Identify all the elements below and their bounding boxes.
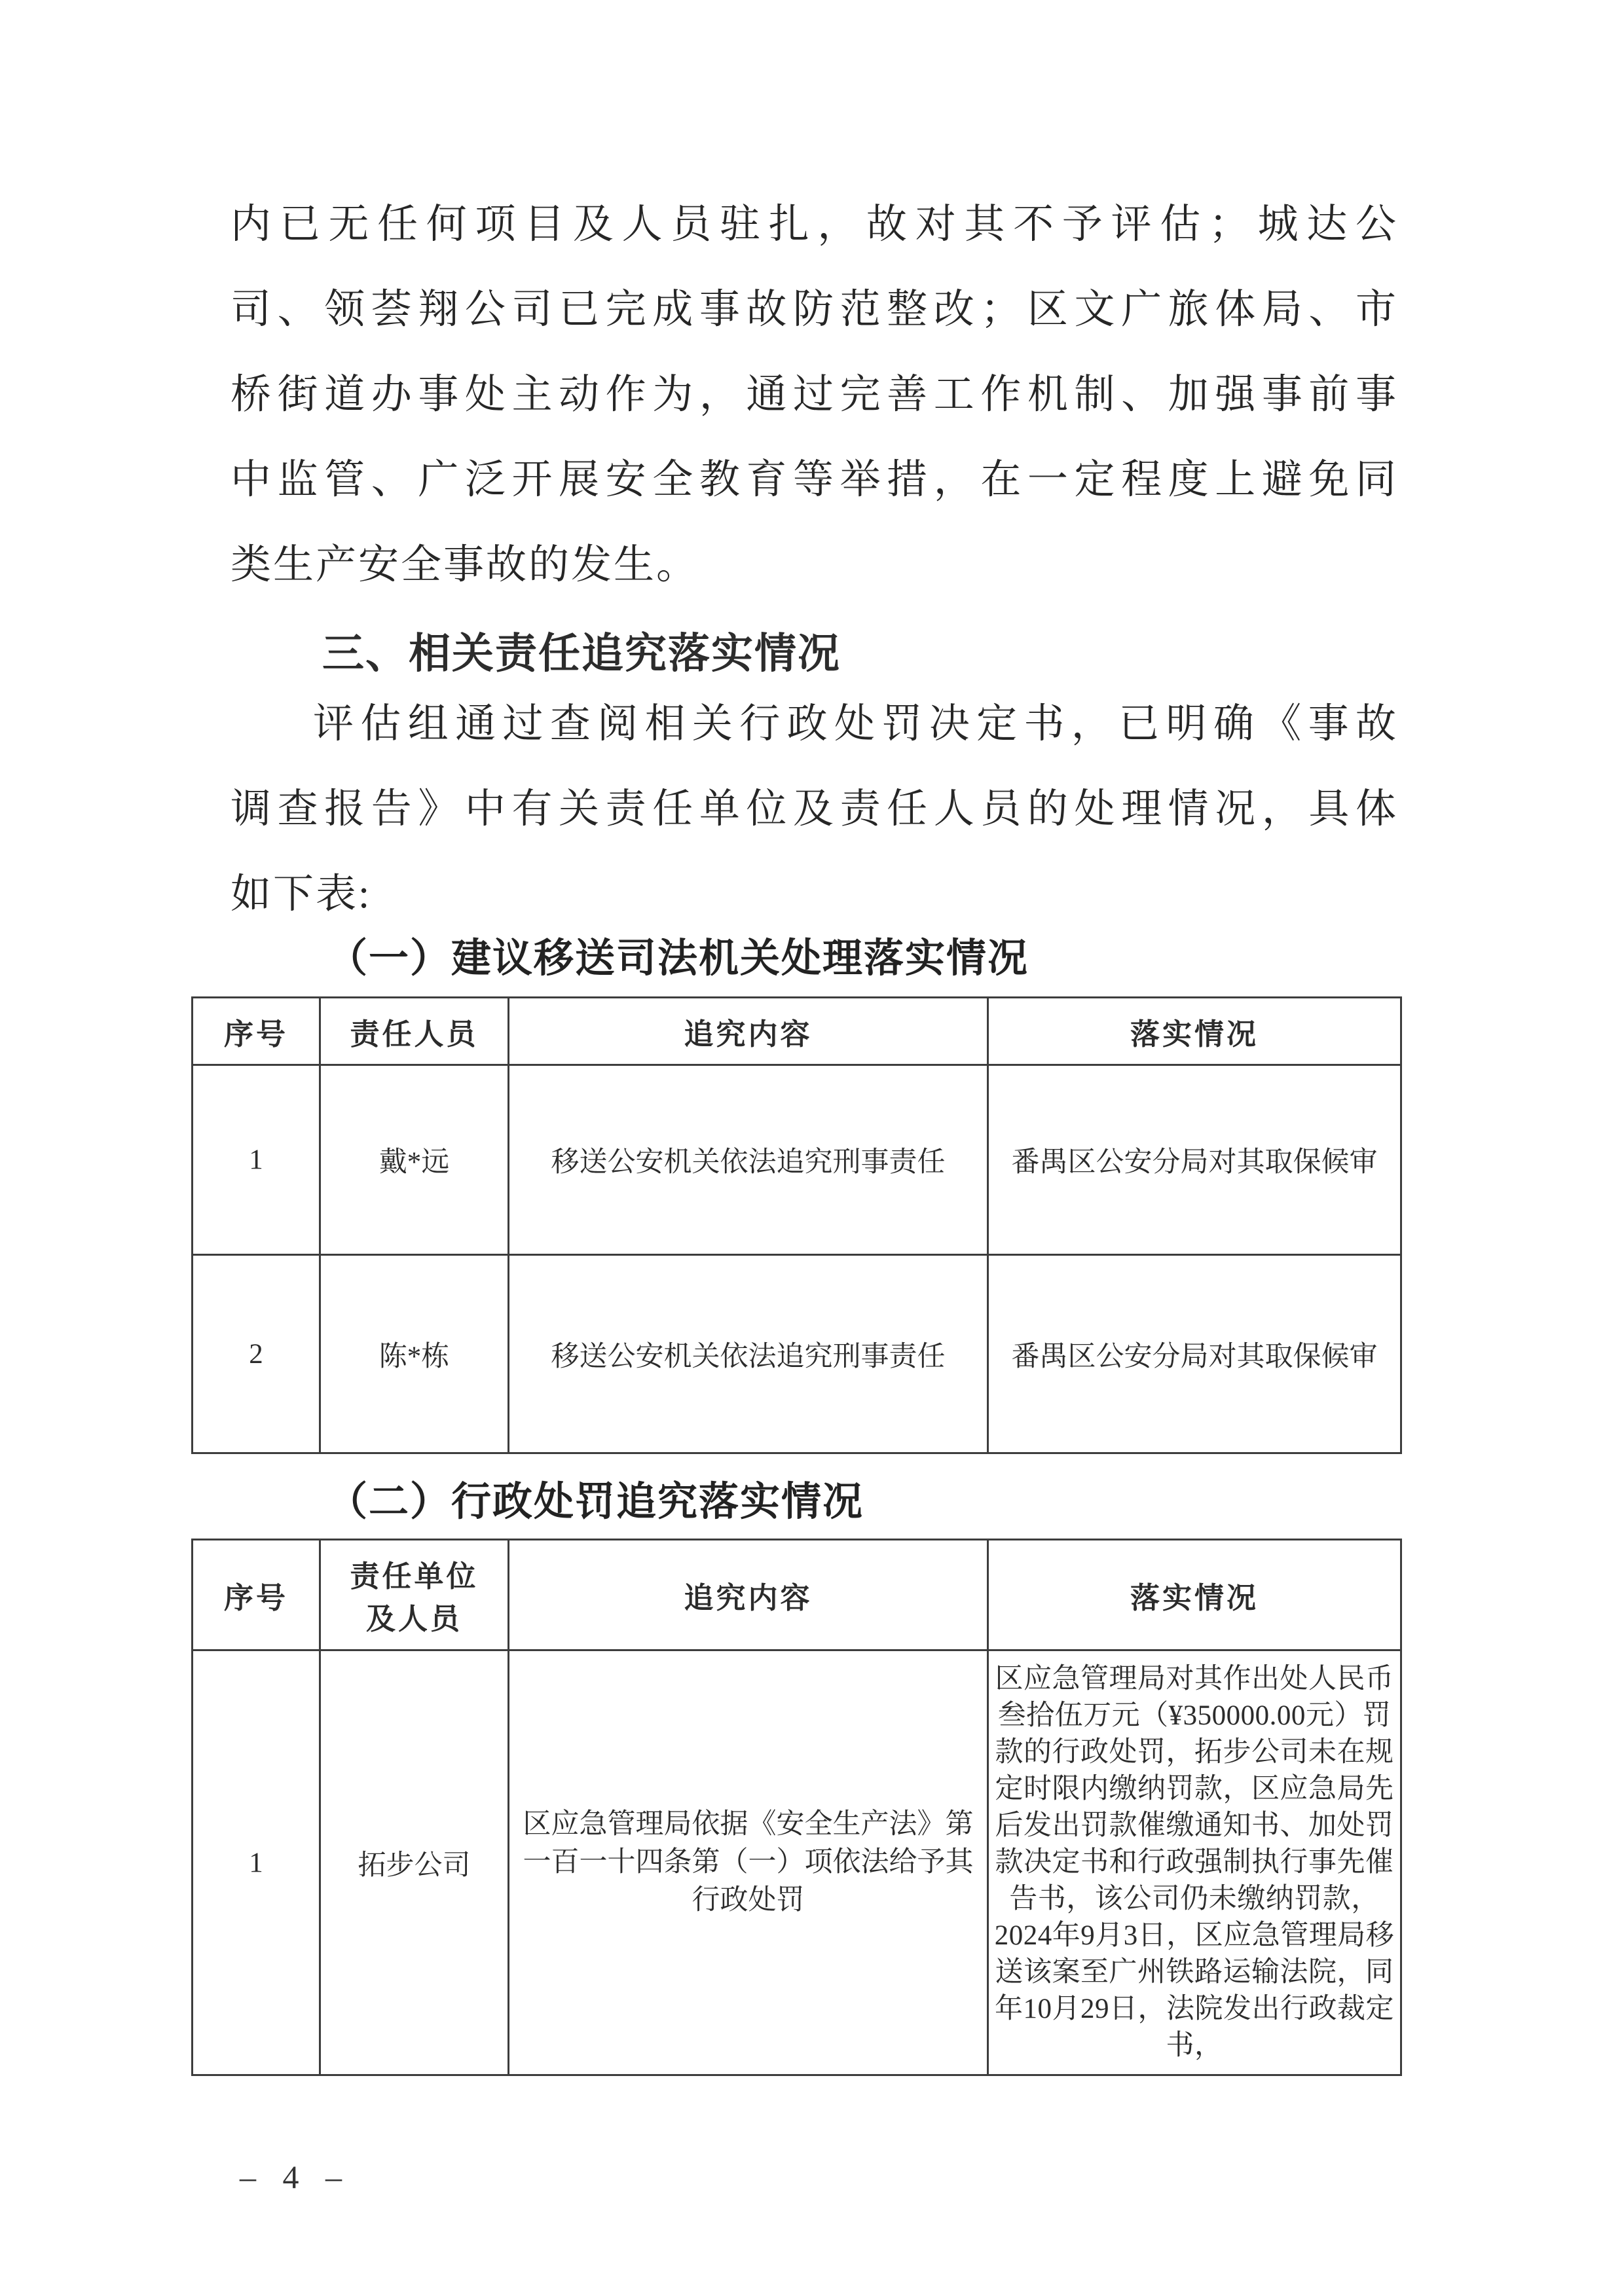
document-page: 内已无任何项目及人员驻扎，故对其不予评估；城达公 司、领荟翔公司已完成事故防范整… <box>0 0 1624 2296</box>
cell-unit: 拓步公司 <box>320 1650 509 2075</box>
subsection-2-heading: （二）行政处罚追究落实情况 <box>327 1478 864 1527</box>
paragraph-line: 内已无任何项目及人员驻扎，故对其不予评估；城达公 <box>231 182 1396 267</box>
paragraph-line: 司、领荟翔公司已完成事故防范整改；区文广旅体局、市 <box>231 267 1396 352</box>
cell-content: 移送公安机关依法追究刑事责任 <box>509 1255 988 1453</box>
header-seq: 序号 <box>193 1540 320 1650</box>
cell-seq: 2 <box>193 1255 320 1453</box>
cell-seq: 1 <box>193 1065 320 1255</box>
paragraph-conclusion: 内已无任何项目及人员驻扎，故对其不予评估；城达公 司、领荟翔公司已完成事故防范整… <box>231 182 1396 608</box>
table-judicial-transfer: 序号 责任人员 追究内容 落实情况 1 戴*远 移送公安机关依法追究刑事责任 番… <box>191 996 1402 1454</box>
cell-status: 番禺区公安分局对其取保候审 <box>988 1065 1401 1255</box>
paragraph-intro: 评估组通过查阅相关行政处罚决定书，已明确《事故 调查报告》中有关责任单位及责任人… <box>231 682 1396 937</box>
table-row: 1 戴*远 移送公安机关依法追究刑事责任 番禺区公安分局对其取保候审 <box>193 1065 1401 1255</box>
header-status: 落实情况 <box>988 998 1401 1065</box>
cell-person: 戴*远 <box>320 1065 509 1255</box>
cell-content: 移送公安机关依法追究刑事责任 <box>509 1065 988 1255</box>
paragraph-line: 中监管、广泛开展安全教育等举措，在一定程度上避免同 <box>231 437 1396 522</box>
table-row: 1 拓步公司 区应急管理局依据《安全生产法》第一百一十四条第（一）项依法给予其行… <box>193 1650 1401 2075</box>
cell-person: 陈*栋 <box>320 1255 509 1453</box>
paragraph-line: 调查报告》中有关责任单位及责任人员的处理情况，具体 <box>231 767 1396 852</box>
cell-content: 区应急管理局依据《安全生产法》第一百一十四条第（一）项依法给予其行政处罚 <box>509 1650 988 2075</box>
table-admin-penalty: 序号 责任单位 及人员 追究内容 落实情况 1 拓步公司 区应急管理局依据《安全… <box>191 1539 1402 2076</box>
paragraph-line: 如下表: <box>231 852 1396 937</box>
header-status: 落实情况 <box>988 1540 1401 1650</box>
header-person: 责任人员 <box>320 998 509 1065</box>
subsection-1-heading: （一）建议移送司法机关处理落实情况 <box>327 935 1029 983</box>
page-number: – 4 – <box>240 2158 351 2196</box>
table-header-row: 序号 责任单位 及人员 追究内容 落实情况 <box>193 1540 1401 1650</box>
paragraph-line: 类生产安全事故的发生。 <box>231 522 1396 608</box>
cell-seq: 1 <box>193 1650 320 2075</box>
paragraph-line: 桥街道办事处主动作为，通过完善工作机制、加强事前事 <box>231 352 1396 437</box>
cell-status: 番禺区公安分局对其取保候审 <box>988 1255 1401 1453</box>
header-seq: 序号 <box>193 998 320 1065</box>
header-unit: 责任单位 及人员 <box>320 1540 509 1650</box>
section-heading-3: 三、相关责任追究落实情况 <box>322 629 841 678</box>
header-content: 追究内容 <box>509 998 988 1065</box>
table-row: 2 陈*栋 移送公安机关依法追究刑事责任 番禺区公安分局对其取保候审 <box>193 1255 1401 1453</box>
cell-status: 区应急管理局对其作出处人民币叁拾伍万元（¥350000.00元）罚款的行政处罚，… <box>988 1650 1401 2075</box>
header-content: 追究内容 <box>509 1540 988 1650</box>
paragraph-line: 评估组通过查阅相关行政处罚决定书，已明确《事故 <box>231 682 1396 767</box>
table-header-row: 序号 责任人员 追究内容 落实情况 <box>193 998 1401 1065</box>
